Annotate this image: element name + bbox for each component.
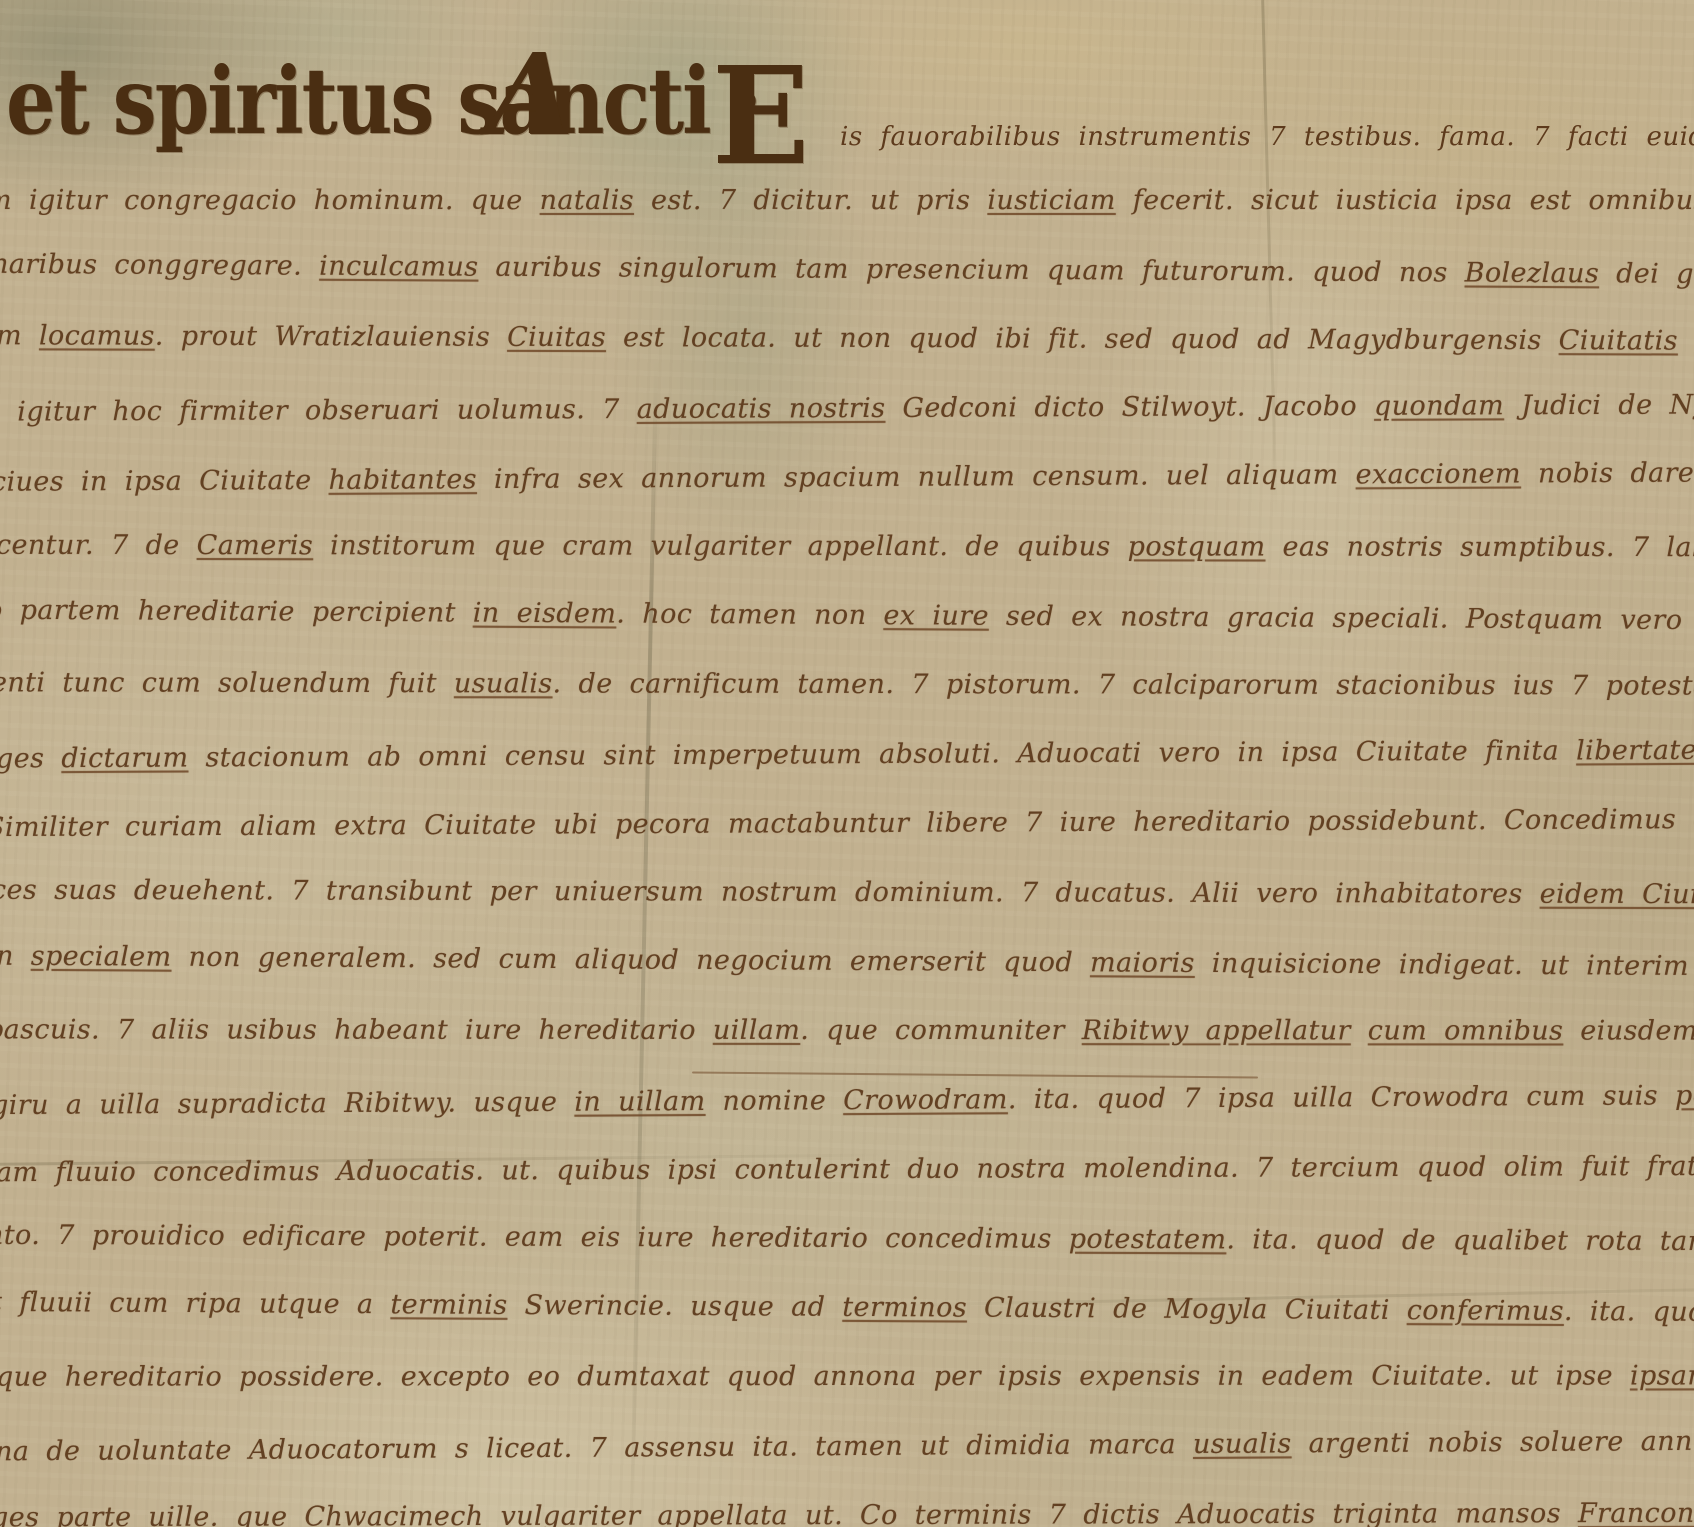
manuscript-line: que hereditario possidere. excepto eo du… — [0, 1360, 1694, 1392]
manuscript-line: m locamus. prout Wratizlauiensis Ciuitas… — [0, 320, 1694, 357]
manuscript-line: ges dictarum stacionum ab omni censu sin… — [0, 735, 1694, 775]
manuscript-line: ces suas deuehent. 7 transibunt per uniu… — [0, 875, 1694, 911]
manuscript-line: nto. 7 prouidico edificare poterit. eam … — [0, 1220, 1694, 1257]
manuscript-line: pascuis. 7 aliis usibus habeant iure her… — [0, 1014, 1694, 1046]
manuscript-line: s igitur hoc firmiter obseruari uolumus.… — [0, 389, 1694, 427]
manuscript-line: naribus conggregare. inculcamus auribus … — [0, 249, 1694, 290]
manuscript-line: ina de uoluntate Aduocatorum s liceat. 7… — [0, 1426, 1694, 1468]
manuscript-line: centur. 7 de Cameris institorum que cram… — [0, 530, 1694, 563]
manuscript-lines: m igitur congregacio hominum. que natali… — [0, 0, 1694, 1527]
manuscript-line: am fluuio concedimus Aduocatis. ut. quib… — [0, 1151, 1694, 1188]
manuscript-line: m igitur congregacio hominum. que natali… — [0, 185, 1694, 216]
manuscript-line: enti tunc cum soluendum fuit usualis. de… — [0, 667, 1694, 701]
parchment-document: et spiritus sancti · A E is fauorabilibu… — [0, 0, 1694, 1527]
manuscript-line: t fluuii cum ripa utque a terminis Sweri… — [0, 1287, 1694, 1328]
manuscript-line: o partem hereditarie percipient in eisde… — [0, 595, 1694, 637]
manuscript-line: ges parte uille. que Chwacimech vulgarit… — [0, 1498, 1694, 1527]
manuscript-line: ciues in ipsa Ciuitate habitantes infra … — [0, 457, 1694, 498]
manuscript-line: giru a uilla supradicta Ribitwy. usque i… — [0, 1080, 1694, 1121]
manuscript-line: n specialem non generalem. sed cum aliqu… — [0, 941, 1694, 983]
manuscript-line: Similiter curiam aliam extra Ciuitate ub… — [0, 804, 1694, 843]
